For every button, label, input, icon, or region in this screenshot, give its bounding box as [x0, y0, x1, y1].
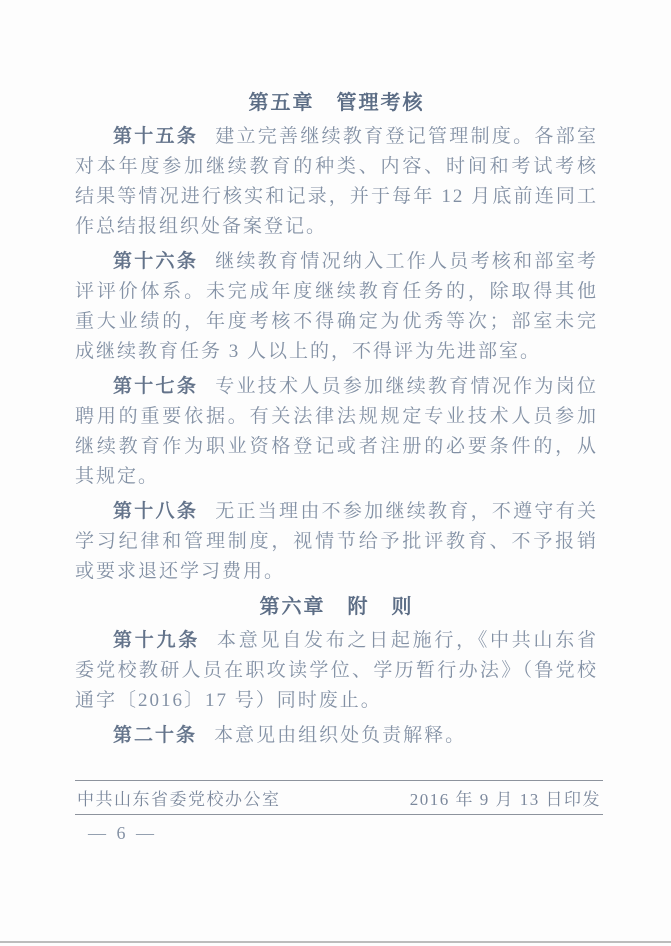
scanned-document-page: 第五章 管理考核 第十五条建立完善继续教育登记管理制度。各部室对本年度参加继续教…	[0, 0, 671, 946]
article-20-number: 第二十条	[113, 725, 197, 746]
article-18: 第十八条无正当理由不参加继续教育，不遵守有关学习纪律和管理制度，视情节给予批评教…	[75, 497, 598, 587]
article-20: 第二十条本意见由组织处负责解释。	[75, 721, 598, 751]
colophon-footer: 中共山东省委党校办公室 2016 年 9 月 13 日印发	[75, 780, 603, 815]
article-18-number: 第十八条	[113, 501, 198, 522]
document-body: 第五章 管理考核 第十五条建立完善继续教育登记管理制度。各部室对本年度参加继续教…	[75, 88, 598, 756]
article-17-number: 第十七条	[113, 376, 198, 397]
page-number: — 6 —	[88, 823, 157, 844]
article-15-number: 第十五条	[113, 126, 198, 147]
issuing-office: 中共山东省委党校办公室	[77, 785, 281, 810]
print-date: 2016 年 9 月 13 日印发	[410, 785, 601, 810]
article-19: 第十九条本意见自发布之日起施行，《中共山东省委党校教研人员在职攻读学位、学历暂行…	[75, 626, 598, 716]
article-17: 第十七条专业技术人员参加继续教育情况作为岗位聘用的重要依据。有关法律法规规定专业…	[75, 372, 598, 492]
chapter-6-heading: 第六章 附 则	[75, 592, 598, 622]
article-19-number: 第十九条	[113, 630, 200, 651]
article-16: 第十六条继续教育情况纳入工作人员考核和部室考评评价体系。未完成年度继续教育任务的…	[75, 247, 598, 367]
article-20-text: 本意见由组织处负责解释。	[214, 725, 466, 746]
article-15: 第十五条建立完善继续教育登记管理制度。各部室对本年度参加继续教育的种类、内容、时…	[75, 122, 598, 242]
article-16-number: 第十六条	[113, 251, 198, 272]
scan-edge-line	[0, 941, 671, 943]
chapter-5-heading: 第五章 管理考核	[75, 88, 598, 118]
